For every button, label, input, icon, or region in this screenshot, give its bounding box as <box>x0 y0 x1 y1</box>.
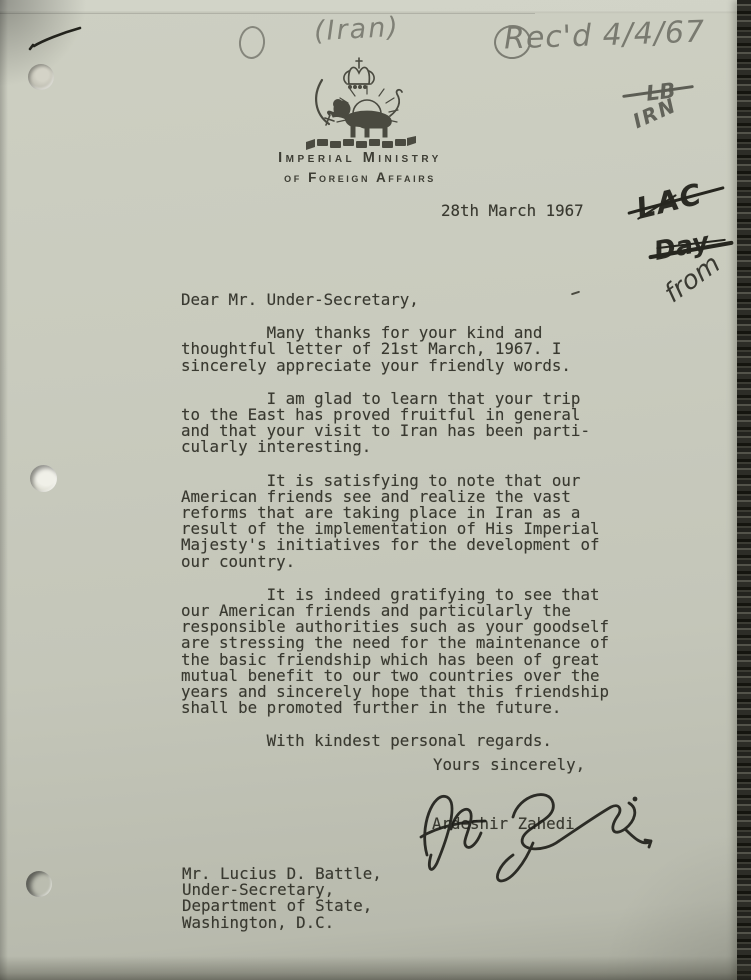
salutation: Dear Mr. Under-Secretary, <box>181 292 641 308</box>
paragraph-3: It is satisfying to note that our Americ… <box>181 473 641 570</box>
paragraph-2: I am glad to learn that your trip to the… <box>181 391 641 456</box>
pencil-circle-mark <box>237 25 266 61</box>
letterhead-line2: of Foreign Affairs <box>250 170 470 185</box>
paragraph-1: Many thanks for your kind and thoughtful… <box>181 325 641 374</box>
pen-stroke-mark <box>26 20 88 52</box>
letterhead-text: Imperial Ministry of Foreign Affairs <box>250 150 470 185</box>
handwritten-signature-icon <box>415 775 660 887</box>
recipient-address-block: Mr. Lucius D. Battle, Under-Secretary, D… <box>182 866 382 931</box>
received-date-annotation: Rec'd 4/4/67 <box>503 14 705 56</box>
binding-edge <box>737 0 751 980</box>
punch-hole-middle <box>30 465 57 492</box>
valediction: Yours sincerely, <box>433 757 585 773</box>
punch-hole-top <box>28 64 54 90</box>
bottom-page-shadow <box>0 956 751 980</box>
closing-line: With kindest personal regards. <box>181 733 641 749</box>
paper-top-edge <box>0 13 535 14</box>
routing-code-irn: IRN <box>629 93 680 133</box>
country-annotation: (Iran) <box>313 12 400 47</box>
scanned-letter-page: (Iran) Rec'd 4/4/67 LB IRN LAC Day from <box>0 0 751 980</box>
letterhead-line1: Imperial Ministry <box>250 150 470 166</box>
lion-and-sun-emblem-icon <box>302 54 420 152</box>
letter-body: Dear Mr. Under-Secretary, Many thanks fo… <box>181 292 641 750</box>
punch-hole-bottom <box>26 871 52 897</box>
paragraph-4: It is indeed gratifying to see that our … <box>181 587 641 717</box>
date-line: 28th March 1967 <box>441 203 584 219</box>
